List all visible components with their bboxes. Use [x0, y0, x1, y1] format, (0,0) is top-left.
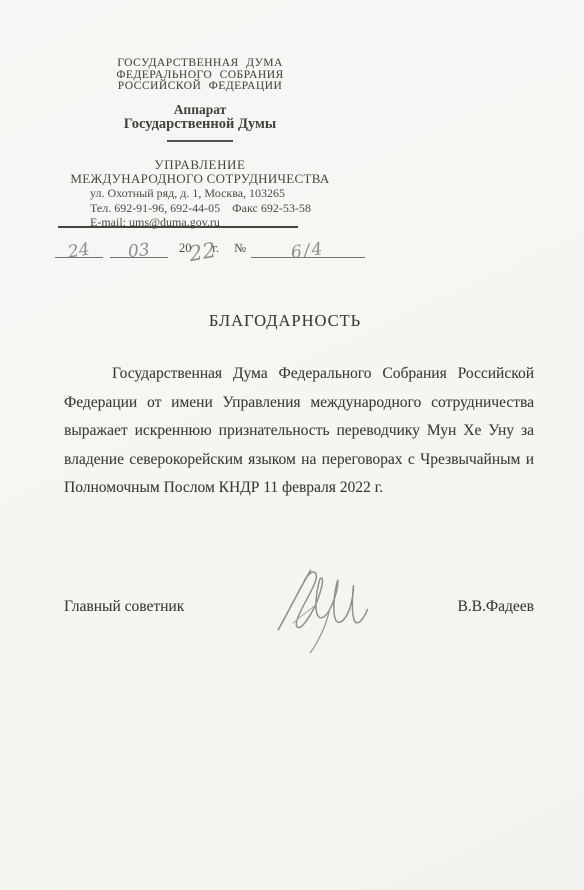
letterhead: ГОСУДАРСТВЕННАЯ ДУМА ФЕДЕРАЛЬНОГО СОБРАН… — [50, 58, 350, 185]
date-day-blank: 24 — [55, 231, 103, 258]
fax-label: Факс 692-53-58 — [232, 201, 311, 215]
document-number-blank: 6/4 — [251, 231, 365, 258]
address-line: ул. Охотный ряд, д. 1, Москва, 103265 — [90, 186, 360, 201]
handwritten-day: 24 — [67, 239, 92, 262]
letterhead-rule — [58, 226, 298, 228]
handwritten-month: 03 — [127, 240, 151, 262]
handwritten-number: 6/4 — [290, 239, 326, 263]
letter-body-paragraph: Государственная Дума Федерального Собран… — [64, 360, 534, 503]
signature-icon — [268, 561, 386, 662]
letter-title: БЛАГОДАРНОСТЬ — [0, 311, 570, 331]
letterhead-divider — [167, 140, 233, 142]
date-number-row: 24 03 20 22 г. № 6/4 — [55, 231, 365, 258]
signatory-name: В.В.Фадеев — [457, 598, 534, 616]
phone-fax-line: Тел. 692-91-96, 692-44-05Факс 692-53-58 — [90, 201, 360, 216]
contact-block: ул. Охотный ряд, д. 1, Москва, 103265 Те… — [90, 186, 360, 230]
org-name-line-3: РОССИЙСКОЙ ФЕДЕРАЦИИ — [50, 81, 350, 93]
department-name-line-2: МЕЖДУНАРОДНОГО СОТРУДНИЧЕСТВА — [50, 173, 350, 185]
date-month-blank: 03 — [110, 231, 168, 258]
org-name-line-1: ГОСУДАРСТВЕННАЯ ДУМА — [50, 58, 350, 70]
department-block: УПРАВЛЕНИЕ МЕЖДУНАРОДНОГО СОТРУДНИЧЕСТВА — [50, 159, 350, 185]
phone-label: Тел. 692-91-96, 692-44-05 — [90, 201, 220, 215]
apparatus-subtitle: Государственной Думы — [50, 117, 350, 131]
position-title: Главный советник — [64, 598, 184, 616]
document-page: ГОСУДАРСТВЕННАЯ ДУМА ФЕДЕРАЛЬНОГО СОБРАН… — [0, 0, 584, 890]
number-sign-label: № — [234, 241, 246, 258]
apparatus-block: Аппарат Государственной Думы — [50, 103, 350, 131]
department-name-line-1: УПРАВЛЕНИЕ — [50, 159, 350, 171]
apparatus-title: Аппарат — [50, 103, 350, 116]
handwritten-year: 22 — [187, 238, 217, 266]
